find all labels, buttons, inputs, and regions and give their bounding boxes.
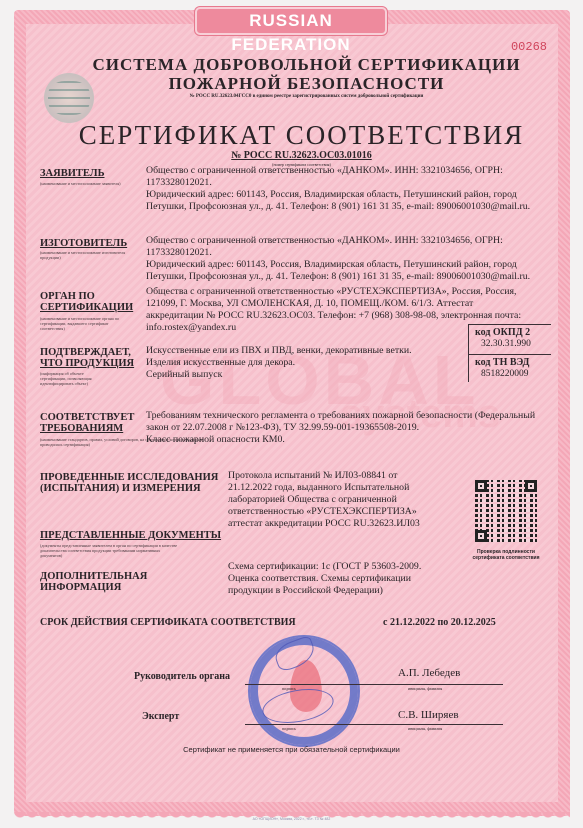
additional-value: Схема сертификации: 1с (ГОСТ Р 53603-200… [228, 561, 443, 597]
manufacturer-caption: (наименование и местоположение изготовит… [40, 250, 130, 260]
requirements-label: СООТВЕТСТВУЕТ ТРЕБОВАНИЯМ [40, 412, 134, 434]
tnved-value: 8518220009 [469, 368, 551, 382]
head-name-caption: инициалы, фамилия [408, 686, 442, 691]
product-caption: (информация об объекте сертификации, поз… [40, 371, 110, 386]
qr-caption: Проверка подлинности сертификата соответ… [466, 549, 546, 561]
tnved-label: код ТН ВЭД [469, 355, 551, 368]
expert-role: Эксперт [142, 711, 179, 722]
validity-label: СРОК ДЕЙСТВИЯ СЕРТИФИКАТА СООТВЕТСТВИЯ [40, 617, 296, 628]
applicant-value: Общество с ограниченной ответственностью… [146, 165, 531, 213]
documents-caption: (документы представленные заявителем в о… [40, 543, 180, 558]
documents-label: ПРЕДСТАВЛЕННЫЕ ДОКУМЕНТЫ [40, 530, 221, 541]
expert-signature-line [245, 724, 503, 725]
form-serial-number: 00268 [511, 40, 547, 54]
okpd-label: код ОКПД 2 [469, 325, 551, 338]
printer-imprint: АО «ОПЦИОН», Москва, 2022 г., «Б». ТЗ № … [0, 817, 583, 821]
cert-body-caption: (наименование и местоположение органа по… [40, 316, 130, 331]
product-value: Искусственные ели из ПВХ и ПВД, венки, д… [146, 345, 466, 381]
additional-label: ДОПОЛНИТЕЛЬНАЯ ИНФОРМАЦИЯ [40, 571, 147, 593]
certificate-title: СЕРТИФИКАТ СООТВЕТСТВИЯ [40, 120, 563, 151]
system-title: СИСТЕМА ДОБРОВОЛЬНОЙ СЕРТИФИКАЦИИ ПОЖАРН… [60, 56, 553, 92]
country-badge: RUSSIAN FEDERATION [195, 7, 387, 35]
head-signature-line [245, 684, 503, 685]
expert-name-caption: инициалы, фамилия [408, 726, 442, 731]
applicant-caption: (наименование и местоположение заявителя… [40, 181, 130, 186]
system-registration: № РОСС RU.32623.04ГСС0 в едином реестре … [60, 94, 553, 99]
tests-value: Протокола испытаний № ИЛ03-08841 от 21.1… [228, 470, 443, 530]
product-label: ПОДТВЕРЖДАЕТ, ЧТО ПРОДУКЦИЯ [40, 347, 134, 369]
qr-code[interactable] [475, 480, 537, 542]
footer-note: Сертификат не применяется при обязательн… [0, 745, 583, 754]
head-name: А.П. Лебедев [398, 667, 460, 679]
applicant-label: ЗАЯВИТЕЛЬ [40, 168, 105, 179]
expert-name: С.В. Ширяев [398, 709, 459, 721]
product-codes-box: код ОКПД 2 32.30.31.990 код ТН ВЭД 85182… [468, 324, 551, 382]
requirements-value: Требованиям технического регламента о тр… [146, 410, 546, 446]
manufacturer-label: ИЗГОТОВИТЕЛЬ [40, 238, 127, 249]
cert-body-label: ОРГАН ПО СЕРТИФИКАЦИИ [40, 291, 133, 313]
head-sign-caption: подпись [282, 686, 296, 691]
validity-period: с 21.12.2022 по 20.12.2025 [383, 617, 496, 628]
okpd-value: 32.30.31.990 [469, 338, 551, 352]
expert-sign-caption: подпись [282, 726, 296, 731]
manufacturer-value: Общество с ограниченной ответственностью… [146, 235, 531, 283]
head-role: Руководитель органа [134, 671, 230, 682]
certificate-number: № РОСС RU.32623.ОС03.01016 [40, 150, 563, 161]
tests-label: ПРОВЕДЕННЫЕ ИССЛЕДОВАНИЯ (ИСПЫТАНИЯ) И И… [40, 472, 218, 494]
